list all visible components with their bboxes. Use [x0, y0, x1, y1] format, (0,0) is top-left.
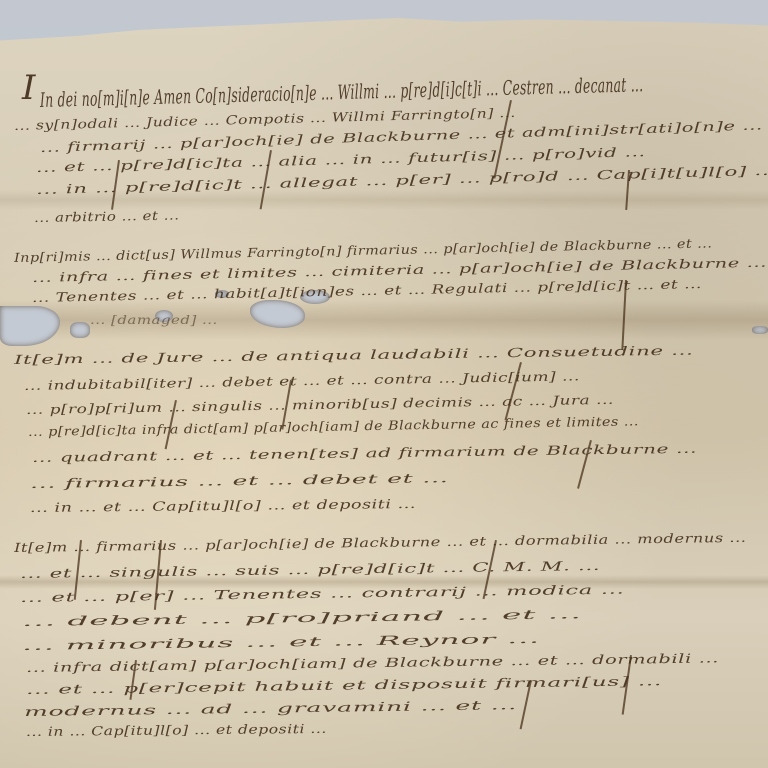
manuscript-line: ... p[ro]p[ri]um ... singulis ... minori… — [26, 392, 614, 417]
manuscript-line: ... infra dict[am] p[ar]och[iam] de Blac… — [26, 650, 719, 675]
manuscript-line: ... et ... p[er]cepit habuit et disposui… — [26, 673, 662, 697]
manuscript-line: ... p[re]d[ic]ta infra dict[am] p[ar]och… — [28, 413, 639, 439]
manuscript-line: ... arbitrio ... et ... — [34, 207, 180, 225]
manuscript-line: In dei no[m]i[n]e Amen Co[n]sideracio[n]… — [40, 72, 644, 112]
manuscript-line: ... debent ... p[ro]priand ... et ... — [22, 606, 582, 629]
manuscript-line: ... quadrant ... et ... tenen[tes] ad fi… — [32, 441, 697, 465]
manuscript-line: ... et ... singulis ... suis ... p[re]d[… — [20, 558, 600, 581]
manuscript-line: ... [damaged] ... — [90, 312, 218, 327]
manuscript-line: ... firmarius ... et ... debet et ... — [30, 470, 449, 491]
manuscript-line: modernus ... ad ... gravamini ... et ... — [24, 697, 517, 719]
manuscript-text: I In dei no[m]i[n]e Amen Co[n]sideracio[… — [0, 0, 768, 768]
manuscript-line: ... in ... et ... Cap[itu]l[o] ... et de… — [30, 496, 416, 515]
manuscript-line: ... indubitabil[iter] ... debet et ... e… — [24, 368, 580, 393]
manuscript-line: ... minoribus ... et ... Reynor ... — [22, 631, 540, 653]
decorated-initial: I — [22, 68, 35, 108]
manuscript-line: ... et ... p[er] ... Tenentes ... contra… — [20, 582, 625, 605]
manuscript-line: It[e]m ... de Jure ... de antiqua laudab… — [14, 343, 694, 367]
manuscript-line: ... in ... Cap[itu]l[o] ... et depositi … — [26, 721, 327, 739]
manuscript-line: It[e]m ... firmarius ... p[ar]och[ie] de… — [14, 530, 747, 555]
